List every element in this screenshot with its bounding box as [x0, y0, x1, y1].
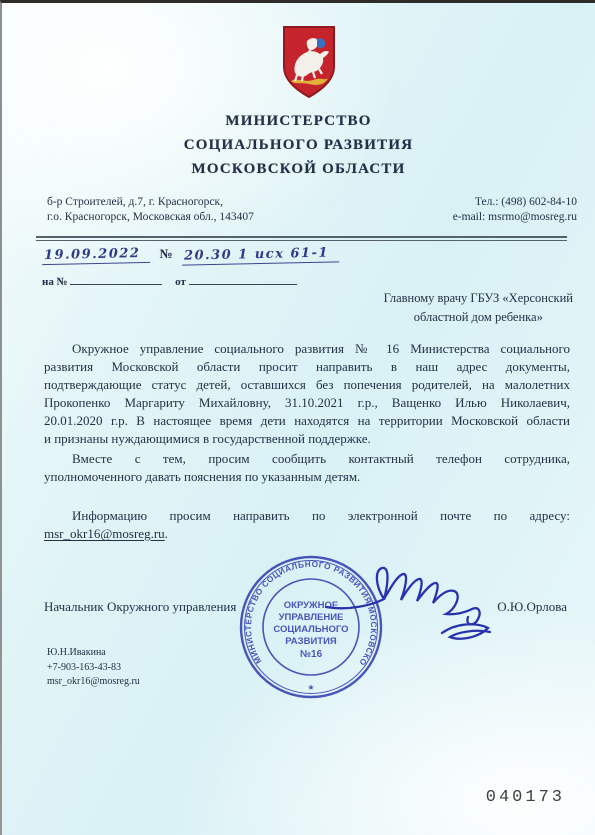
form-serial-number: 040173	[486, 788, 565, 807]
ministry-title-line1: МИНИСТЕРСТВО	[2, 109, 595, 133]
outgoing-number-handwritten: 20.30 1 исх 61-1	[182, 245, 339, 265]
outgoing-date-handwritten: 19.09.2022	[42, 246, 151, 265]
sender-address-line1: б-р Строителей, д.7, г. Красногорск,	[47, 195, 254, 210]
executor-phone: +7-903-163-43-83	[47, 661, 140, 676]
number-sign-label: №	[160, 246, 173, 261]
outgoing-reference-row: 19.09.2022 № 20.30 1 исх 61-1	[42, 246, 339, 264]
letter-body: Окружное управление социального развития…	[44, 340, 570, 543]
body-paragraph3-line: msr_okr16@mosreg.ru.	[44, 525, 570, 543]
body-paragraph1-line: Прокопенко Маргариту Михайловну, 31.10.2…	[44, 394, 570, 412]
sender-phone: Тел.: (498) 602-84-10	[453, 195, 577, 210]
ministry-title-line2: СОЦИАЛЬНОГО РАЗВИТИЯ	[2, 133, 595, 157]
coat-of-arms-svg	[281, 25, 337, 99]
sender-address-line2: г.о. Красногорск, Московская обл., 14340…	[47, 210, 254, 225]
body-paragraph3-line: Информацию просим направить по электронн…	[44, 507, 570, 525]
sentence-period: .	[165, 526, 168, 541]
reply-from-label: от	[175, 276, 186, 288]
executor-email: msr_okr16@mosreg.ru	[47, 675, 140, 690]
addressee-line1: Главному врачу ГБУЗ «Херсонский	[384, 289, 573, 308]
contact-email-link: msr_okr16@mosreg.ru	[44, 526, 165, 541]
addressee-block: Главному врачу ГБУЗ «Херсонский областно…	[384, 289, 573, 327]
blank-line	[70, 275, 162, 285]
sender-contacts: Тел.: (498) 602-84-10 e-mail: msrmo@mosr…	[453, 195, 577, 225]
signer-position-title: Начальник Окружного управления	[44, 599, 236, 615]
blank-line	[189, 275, 297, 285]
coat-of-arms-moscow-oblast-icon	[281, 25, 337, 99]
body-paragraph1-line: и признаны нуждающимися в государственно…	[44, 430, 570, 448]
signature-svg	[324, 559, 502, 657]
body-paragraph1-line: 20.01.2020 г.р. В настоящее время дети н…	[44, 412, 570, 430]
stamp-center-line5: №16	[300, 649, 323, 660]
body-paragraph1-line: подтверждающие статус детей, оставшихся …	[44, 376, 570, 394]
reply-reference-row: на № от	[42, 275, 297, 288]
scanned-letter-page: МИНИСТЕРСТВО СОЦИАЛЬНОГО РАЗВИТИЯ МОСКОВ…	[0, 0, 595, 835]
reply-number-label: на №	[42, 276, 68, 288]
sender-email: e-mail: msrmo@mosreg.ru	[453, 210, 577, 225]
ministry-title-line3: МОСКОВСКОЙ ОБЛАСТИ	[2, 157, 595, 181]
signer-name: О.Ю.Орлова	[497, 599, 567, 615]
stamp-star-icon: ★	[307, 683, 314, 692]
body-paragraph2-line: уполномоченного давать пояснения по указ…	[44, 468, 570, 486]
addressee-line2: областной дом ребенка»	[384, 308, 573, 327]
handwritten-signature	[324, 559, 502, 657]
header-divider	[36, 236, 567, 241]
executor-block: Ю.Н.Ивакина +7-903-163-43-83 msr_okr16@m…	[47, 646, 140, 690]
sender-address: б-р Строителей, д.7, г. Красногорск, г.о…	[47, 195, 254, 225]
body-paragraph2-line: Вместе с тем, просим сообщить контактный…	[44, 450, 570, 468]
ministry-title: МИНИСТЕРСТВО СОЦИАЛЬНОГО РАЗВИТИЯ МОСКОВ…	[2, 109, 595, 181]
body-paragraph1-line: развития Московской области просит напра…	[44, 358, 570, 376]
executor-name: Ю.Н.Ивакина	[47, 646, 140, 661]
body-paragraph1-line: Окружное управление социального развития…	[44, 340, 570, 358]
